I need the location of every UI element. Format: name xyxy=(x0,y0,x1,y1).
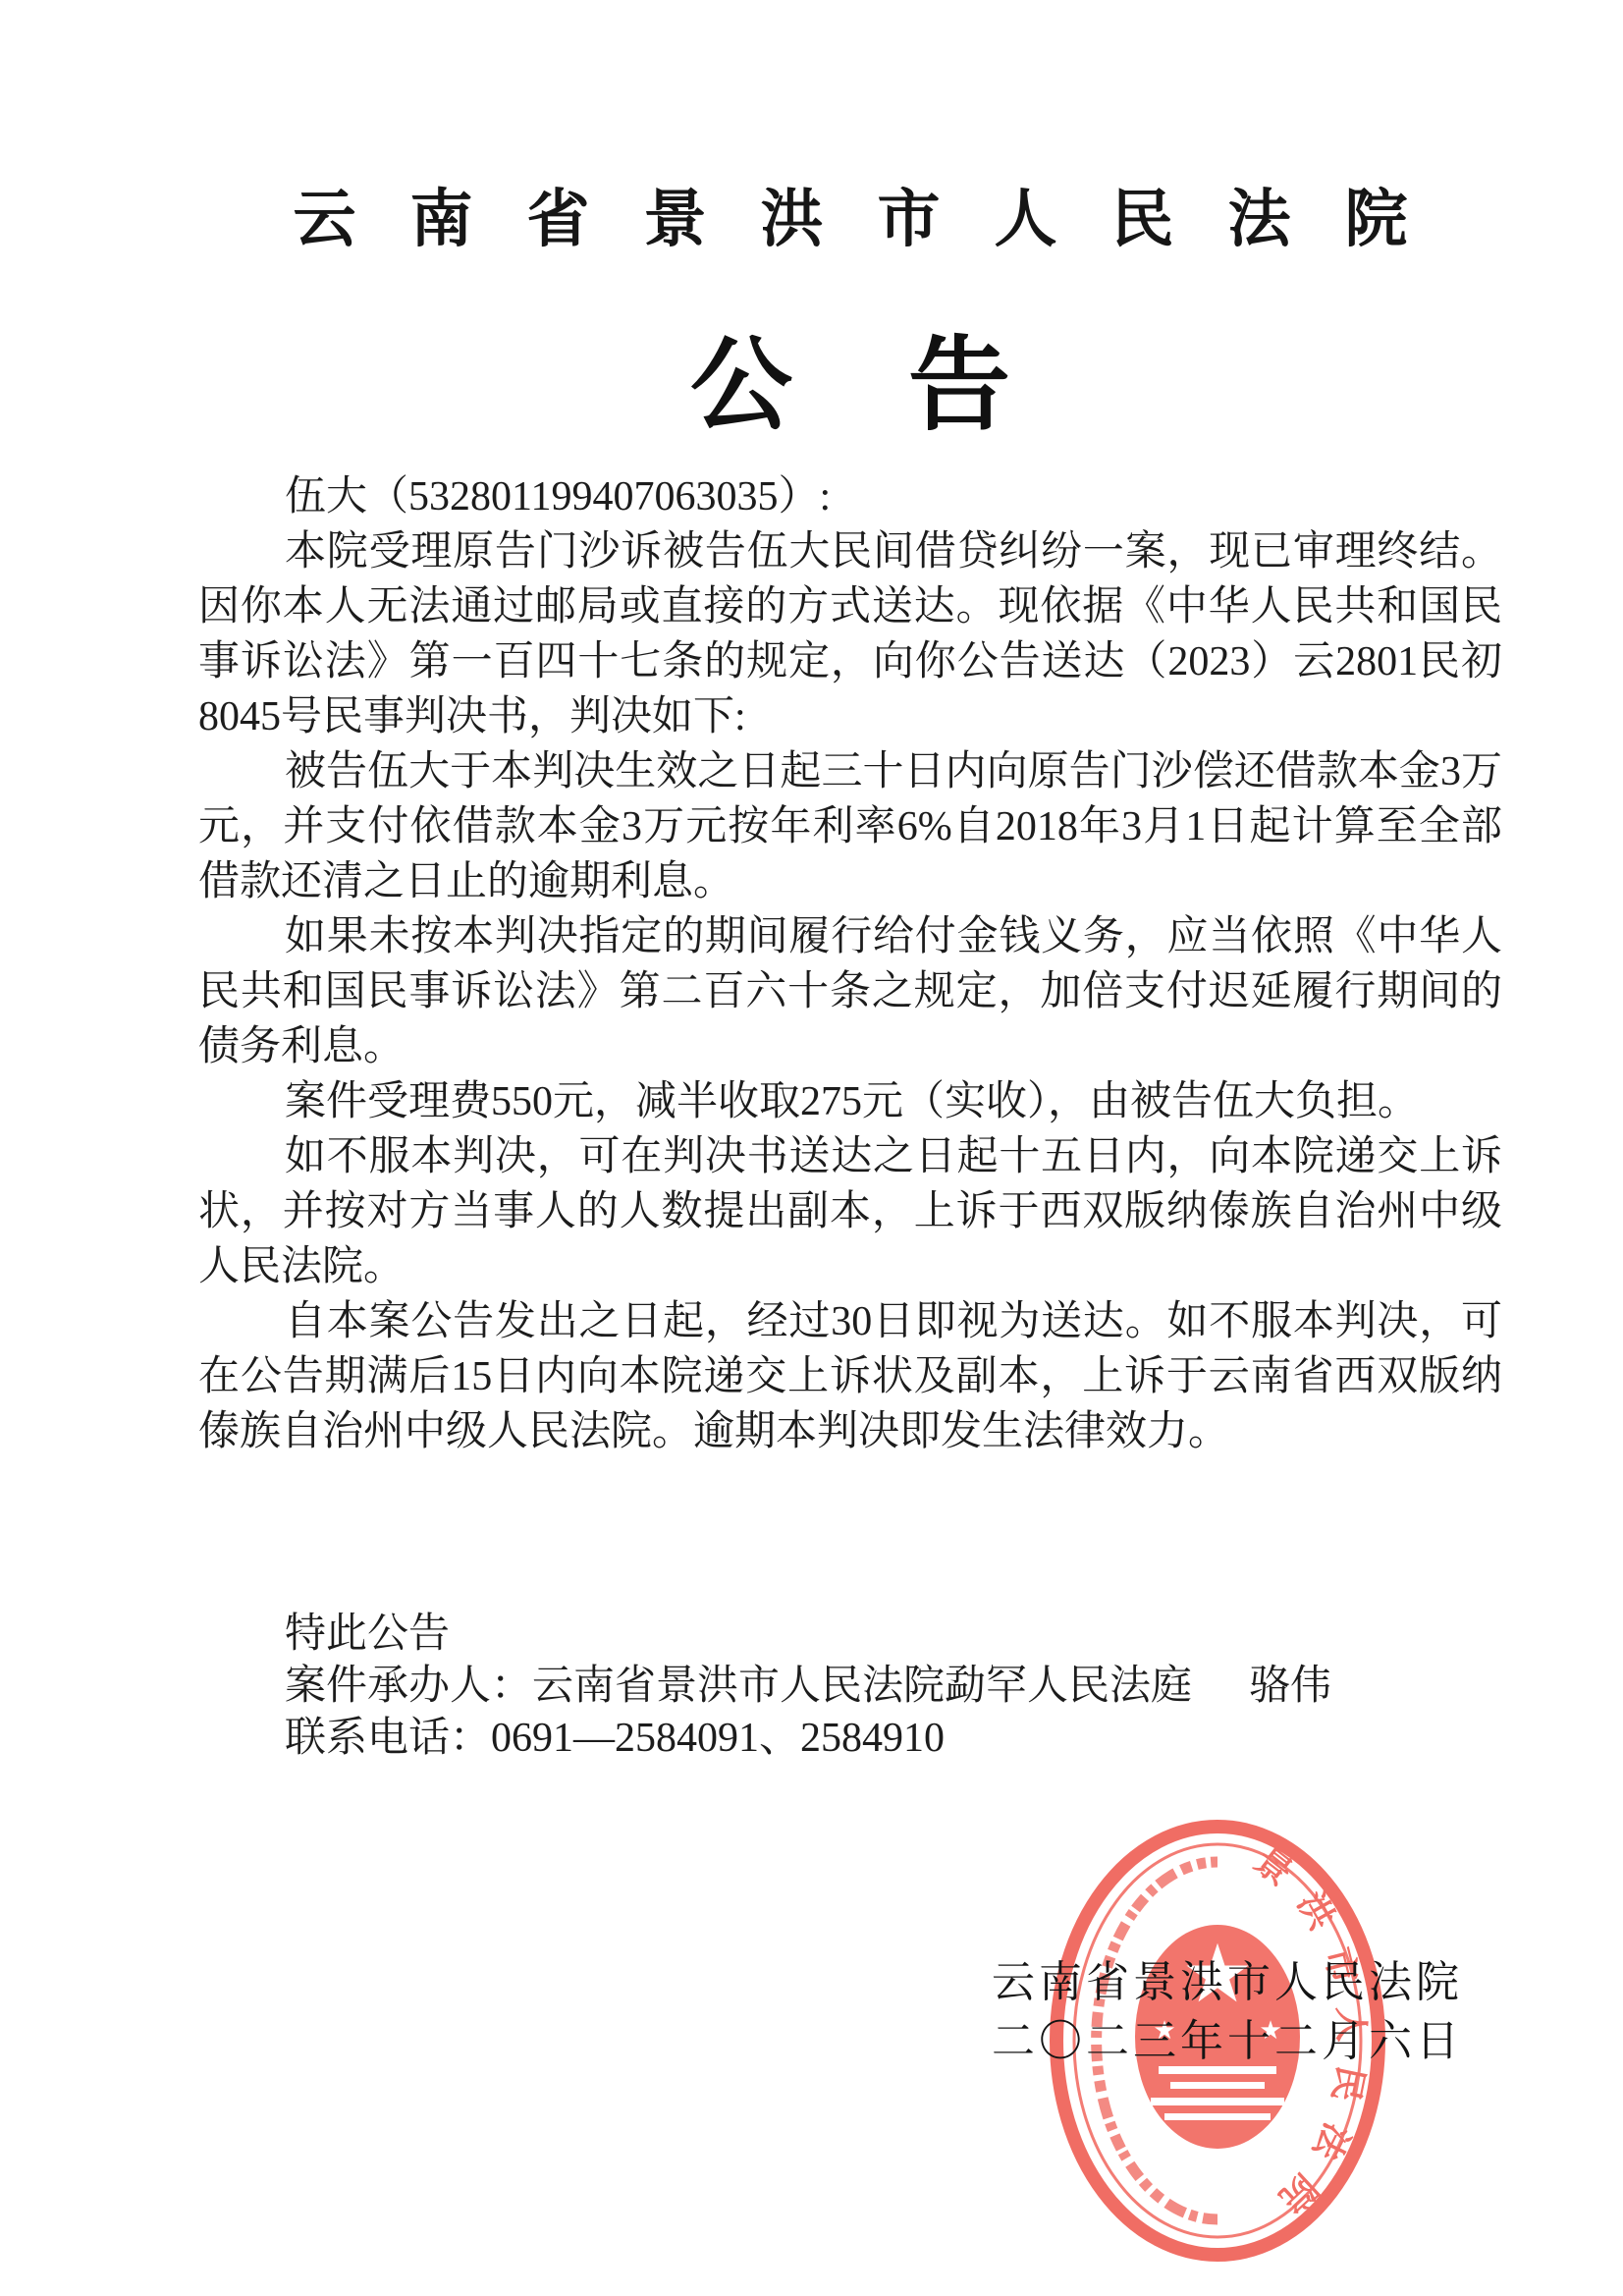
body-paragraph: 案件受理费550元，减半收取275元（实收），由被告伍大负担。 xyxy=(198,1074,1502,1129)
emblem-gate-bar xyxy=(1164,2113,1271,2120)
emblem-gate-bar xyxy=(1151,2098,1284,2105)
body-paragraph: 如不服本判决，可在判决书送达之日起十五日内，向本院递交上诉状，并按对方当事人的人… xyxy=(198,1129,1502,1294)
body-paragraph: 被告伍大于本判决生效之日起三十日内向原告门沙偿还借款本金3万元，并支付依借款本金… xyxy=(198,744,1502,909)
contact-label: 联系电话： xyxy=(285,1716,491,1761)
case-handler-name: 骆伟 xyxy=(1249,1664,1331,1709)
contact-value: 0691—2584091、2584910 xyxy=(491,1716,945,1761)
emblem-gate-bar xyxy=(1170,2082,1265,2089)
announcement-body: 伍大（532801199407063035）: 本院受理原告门沙诉被告伍大民间借… xyxy=(198,469,1502,1459)
closing-statement: 特此公告 xyxy=(198,1609,1502,1661)
body-paragraph: 如果未按本判决指定的期间履行给付金钱义务，应当依照《中华人民共和国民事诉讼法》第… xyxy=(198,909,1502,1074)
case-handler-line: 案件承办人：云南省景洪市人民法院勐罕人民法庭骆伟 xyxy=(198,1661,1502,1713)
body-paragraph: 自本案公告发出之日起，经过30日即视为送达。如不服本判决，可在公告期满后15日内… xyxy=(198,1294,1502,1459)
court-announcement-page: 云南省景洪市人民法院 公告 伍大（532801199407063035）: 本院… xyxy=(0,0,1623,2296)
signature-date: 二〇二三年十二月六日 xyxy=(984,2005,1471,2068)
case-handler-value: 云南省景洪市人民法院勐罕人民法庭 xyxy=(532,1664,1192,1709)
case-handler-label: 案件承办人： xyxy=(285,1664,532,1709)
contact-line: 联系电话：0691—2584091、2584910 xyxy=(198,1713,1502,1765)
recipient-line: 伍大（532801199407063035）: xyxy=(198,469,1502,524)
signature-court-name: 云南省景洪市人民法院 xyxy=(984,1946,1471,2009)
body-paragraph: 本院受理原告门沙诉被告伍大民间借贷纠纷一案，现已审理终结。因你本人无法通过邮局或… xyxy=(198,524,1502,744)
court-title: 云南省景洪市人民法院 xyxy=(198,169,1502,259)
footer-block: 特此公告 案件承办人：云南省景洪市人民法院勐罕人民法庭骆伟 联系电话：0691—… xyxy=(198,1609,1502,1765)
document-title: 公告 xyxy=(198,302,1502,450)
